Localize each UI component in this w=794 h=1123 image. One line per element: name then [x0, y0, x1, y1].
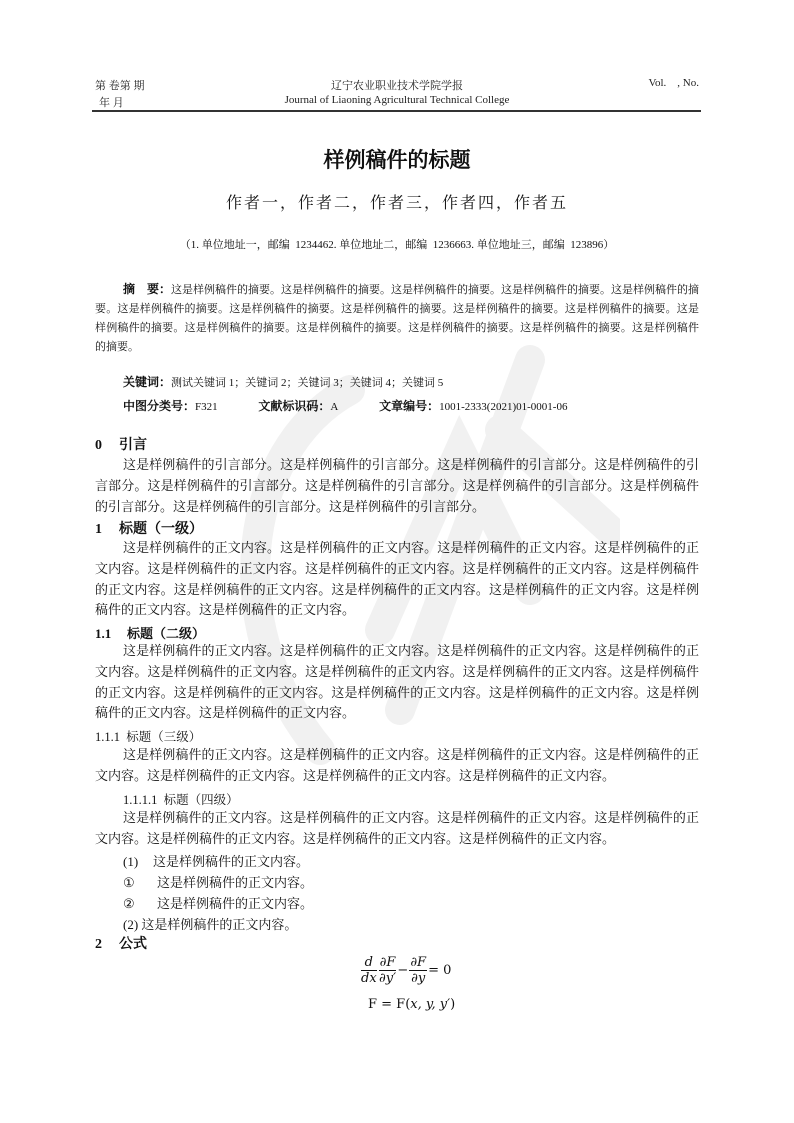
denominator: dx	[361, 971, 377, 986]
denominator: ∂y	[409, 971, 427, 986]
running-header: 第 卷第 期 年 月 辽宁农业职业技术学院学报 Journal of Liaon…	[95, 77, 699, 113]
list-item: (1)这是样例稿件的正文内容。	[123, 851, 309, 870]
journal-name-en: Journal of Liaoning Agricultural Technic…	[95, 94, 699, 106]
fraction-dF-dy: ∂F∂y	[409, 955, 427, 986]
fraction-dF-dyprime: ∂F∂y′	[379, 955, 397, 986]
list-item: ①这是样例稿件的正文内容。	[123, 872, 313, 891]
paragraph-s1-1: 这是样例稿件的正文内容。这是样例稿件的正文内容。这是样例稿件的正文内容。这是样例…	[95, 641, 699, 724]
fraction-d-dx: ddx	[361, 955, 377, 986]
journal-name-cn: 辽宁农业职业技术学院学报	[95, 77, 699, 93]
keywords: 关键词：测试关键词 1；关键词 2；关键词 3；关键词 4；关键词 5	[123, 373, 443, 390]
numerator: d	[361, 955, 377, 971]
header-rule	[92, 110, 701, 112]
paragraph-s1-1-1: 这是样例稿件的正文内容。这是样例稿件的正文内容。这是样例稿件的正文内容。这是样例…	[95, 745, 699, 787]
doc-code-value: A	[330, 401, 338, 413]
section-heading-1-1-1: 1.1.1 标题（三级）	[95, 727, 201, 745]
article-no-label: 文章编号：	[379, 399, 439, 413]
paragraph-intro: 这是样例稿件的引言部分。这是样例稿件的引言部分。这是样例稿件的引言部分。这是样例…	[95, 455, 699, 517]
list-text: 这是样例稿件的正文内容。	[157, 896, 313, 911]
section-title: 标题（一级）	[119, 521, 203, 537]
list-text: 这是样例稿件的正文内容。	[157, 875, 313, 890]
section-heading-2: 2公式	[95, 933, 147, 953]
list-item: ②这是样例稿件的正文内容。	[123, 893, 313, 912]
section-title: 引言	[119, 437, 147, 453]
paper-title: 样例稿件的标题	[95, 144, 699, 174]
denominator: ∂y′	[379, 971, 397, 986]
paragraph-s1: 这是样例稿件的正文内容。这是样例稿件的正文内容。这是样例稿件的正文内容。这是样例…	[95, 538, 699, 621]
volume-en: Vol. , No.	[648, 77, 699, 89]
list-marker: (2)	[123, 917, 138, 932]
section-number: 2	[95, 937, 119, 953]
section-heading-1: 1标题（一级）	[95, 518, 203, 538]
section-heading-1-1: 1.1标题（二级）	[95, 623, 205, 642]
paragraph-s1-1-1-1: 这是样例稿件的正文内容。这是样例稿件的正文内容。这是样例稿件的正文内容。这是样例…	[95, 808, 699, 850]
doc-code-label: 文献标识码：	[258, 399, 330, 413]
equation-euler-lagrange: ddx∂F∂y′−∂F∂y= 0	[360, 955, 470, 986]
list-item: (2) 这是样例稿件的正文内容。	[123, 914, 297, 933]
numerator: ∂F	[379, 955, 397, 971]
section-number: 1.1	[95, 626, 127, 642]
section-number: 1	[95, 522, 119, 538]
equation-close: )	[450, 997, 455, 1012]
list-marker: ②	[123, 896, 157, 912]
abstract-label: 摘 要：	[123, 282, 171, 296]
keywords-label: 关键词：	[123, 375, 171, 389]
author-list: 作者一，作者二，作者三，作者四，作者五	[95, 190, 699, 213]
section-title: 公式	[119, 936, 147, 952]
list-marker: ①	[123, 875, 157, 891]
clc-label: 中图分类号：	[123, 399, 195, 413]
affiliations: （1. 单位地址一，邮编 1234462. 单位地址二，邮编 1236663. …	[95, 236, 699, 252]
abstract-text: 这是样例稿件的摘要。这是样例稿件的摘要。这是样例稿件的摘要。这是样例稿件的摘要。…	[95, 284, 699, 353]
numerator: ∂F	[409, 955, 427, 971]
clc-value: F321	[195, 401, 218, 413]
equation-F-definition: F = F(x, y, y′)	[368, 997, 455, 1012]
list-marker: (1)	[123, 854, 153, 870]
abstract: 摘 要：这是样例稿件的摘要。这是样例稿件的摘要。这是样例稿件的摘要。这是样例稿件…	[95, 280, 699, 357]
list-text: 这是样例稿件的正文内容。	[141, 917, 297, 932]
classification-line: 中图分类号：F321 文献标识码：A 文章编号：1001-2333(2021)0…	[123, 397, 567, 414]
minus-sign: −	[397, 963, 408, 978]
equation-lhs: F = F(	[368, 997, 410, 1012]
equals-zero: = 0	[428, 963, 451, 978]
section-number: 0	[95, 438, 119, 454]
section-heading-0: 0引言	[95, 434, 147, 454]
keywords-text: 测试关键词 1；关键词 2；关键词 3；关键词 4；关键词 5	[171, 377, 443, 389]
section-heading-1-1-1-1: 1.1.1.1 标题（四级）	[123, 790, 239, 808]
list-text: 这是样例稿件的正文内容。	[153, 854, 309, 869]
section-title: 标题（二级）	[127, 627, 205, 642]
equation-args: x, y, y′	[410, 997, 450, 1012]
article-no-value: 1001-2333(2021)01-0001-06	[439, 401, 567, 413]
